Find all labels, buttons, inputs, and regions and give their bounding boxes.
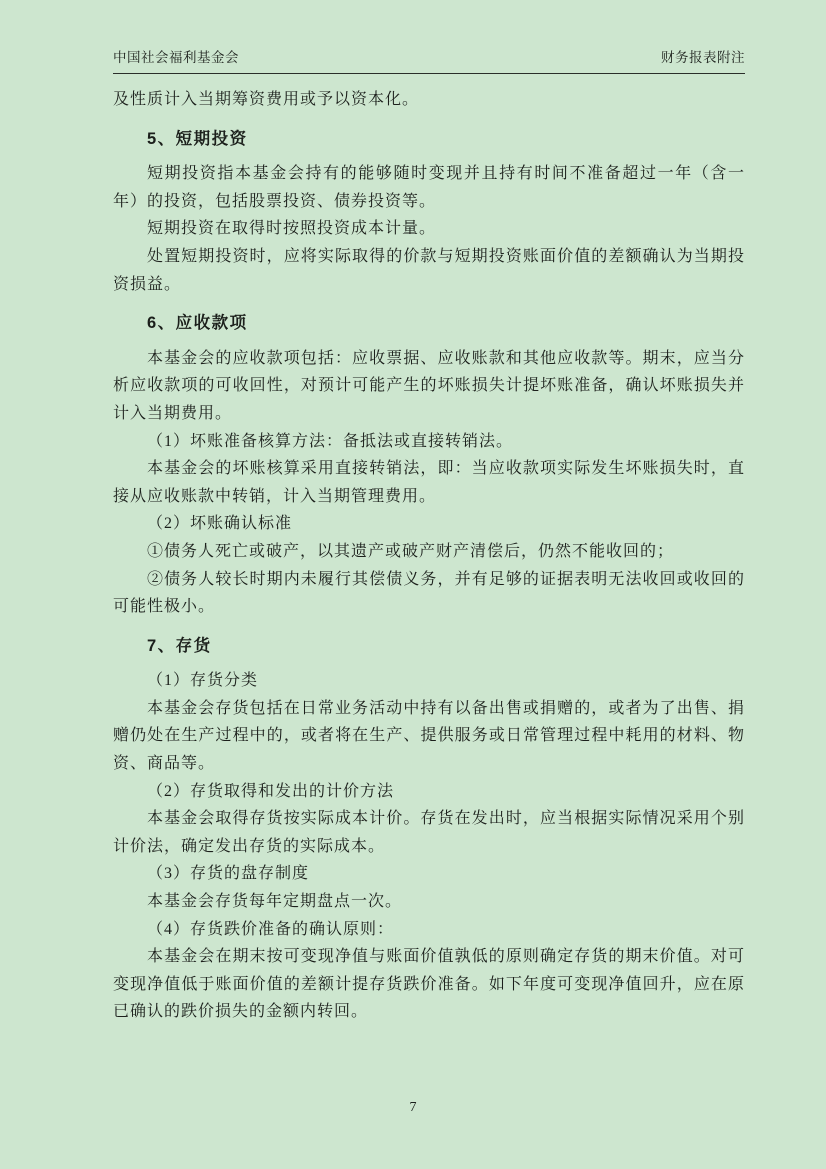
- paragraph: 本基金会在期末按可变现净值与账面价值孰低的原则确定存货的期末价值。对可变现净值低…: [113, 943, 745, 1026]
- paragraph: ②债务人较长时期内未履行其偿债义务，并有足够的证据表明无法收回或收回的可能性极小…: [113, 566, 745, 621]
- section-heading: 6、应收款项: [113, 310, 745, 338]
- paragraph: （2）存货取得和发出的计价方法: [113, 778, 745, 806]
- section-heading: 5、短期投资: [113, 126, 745, 154]
- paragraph: 本基金会存货每年定期盘点一次。: [113, 888, 745, 916]
- paragraph: 本基金会取得存货按实际成本计价。存货在发出时，应当根据实际情况采用个别计价法，确…: [113, 805, 745, 860]
- section-heading: 7、存货: [113, 633, 745, 661]
- paragraph: （1）坏账准备核算方法：备抵法或直接转销法。: [113, 428, 745, 456]
- document-page: 中国社会福利基金会 财务报表附注 及性质计入当期筹资费用或予以资本化。5、短期投…: [0, 0, 826, 1169]
- paragraph: （2）坏账确认标准: [113, 510, 745, 538]
- paragraph: （1）存货分类: [113, 667, 745, 695]
- paragraph: 本基金会的坏账核算采用直接转销法，即：当应收款项实际发生坏账损失时，直接从应收账…: [113, 455, 745, 510]
- paragraph: 本基金会存货包括在日常业务活动中持有以备出售或捐赠的，或者为了出售、捐赠仍处在生…: [113, 695, 745, 778]
- paragraph: 短期投资在取得时按照投资成本计量。: [113, 215, 745, 243]
- page-number: 7: [410, 1100, 417, 1115]
- document-body: 及性质计入当期筹资费用或予以资本化。5、短期投资短期投资指本基金会持有的能够随时…: [113, 86, 745, 1026]
- paragraph: ①债务人死亡或破产，以其遗产或破产财产清偿后，仍然不能收回的；: [113, 538, 745, 566]
- paragraph: 短期投资指本基金会持有的能够随时变现并且持有时间不准备超过一年（含一年）的投资，…: [113, 160, 745, 215]
- header-doc-title: 财务报表附注: [661, 46, 745, 66]
- paragraph: （4）存货跌价准备的确认原则：: [113, 916, 745, 944]
- paragraph: 及性质计入当期筹资费用或予以资本化。: [113, 86, 745, 114]
- paragraph: 处置短期投资时，应将实际取得的价款与短期投资账面价值的差额确认为当期投资损益。: [113, 243, 745, 298]
- paragraph: 本基金会的应收款项包括：应收票据、应收账款和其他应收款等。期末，应当分析应收款项…: [113, 345, 745, 428]
- page-header: 中国社会福利基金会 财务报表附注: [113, 46, 745, 74]
- header-org-name: 中国社会福利基金会: [113, 46, 239, 66]
- page-footer: 7: [0, 1100, 826, 1116]
- paragraph: （3）存货的盘存制度: [113, 860, 745, 888]
